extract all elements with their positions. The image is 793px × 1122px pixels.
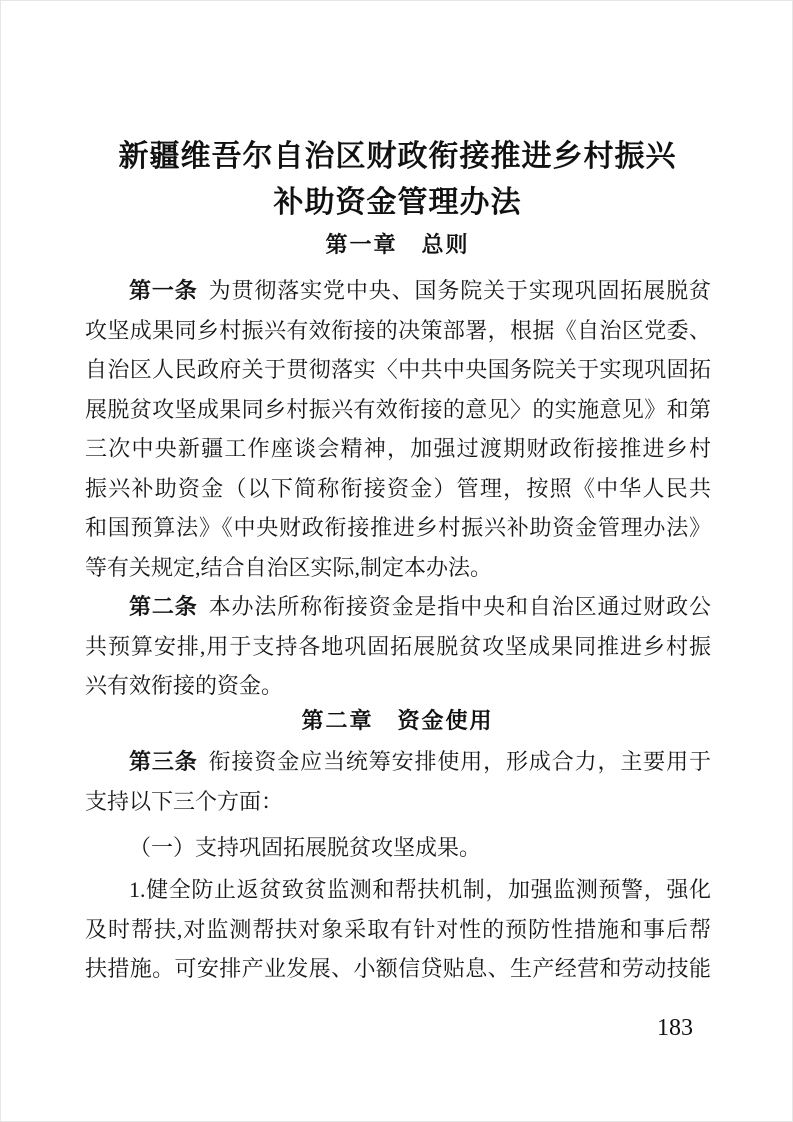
text-line: 攻坚成果同乡村振兴有效衔接的决策部署，根据《自治区党委、 bbox=[85, 311, 711, 351]
text-line: 1.健全防止返贫致贫监测和帮扶机制，加强监测预警，强化 bbox=[85, 870, 711, 910]
article-2-first-line: 第二条本办法所称衔接资金是指中央和自治区通过财政公 bbox=[85, 587, 711, 627]
text-line: 自治区人民政府关于贯彻落实〈中共中央国务院关于实现巩固拓 bbox=[85, 350, 711, 390]
article-1-first-line-text: 为贯彻落实党中央、国务院关于实现巩固拓展脱贫 bbox=[209, 278, 711, 303]
title-line-2: 补助资金管理办法 bbox=[1, 180, 793, 226]
point-1-block: 1.健全防止返贫致贫监测和帮扶机制，加强监测预警，强化 及时帮扶,对监测帮扶对象… bbox=[85, 870, 711, 989]
page-number: 183 bbox=[657, 1013, 693, 1043]
text-line: 展脱贫攻坚成果同乡村振兴有效衔接的意见〉的实施意见》和第 bbox=[85, 390, 711, 430]
article-2-lead: 第二条 bbox=[129, 594, 198, 619]
chapter-2-title: 资金使用 bbox=[398, 708, 494, 733]
article-1-first-line: 第一条为贯彻落实党中央、国务院关于实现巩固拓展脱贫 bbox=[85, 271, 711, 311]
item-1-block: （一）支持巩固拓展脱贫攻坚成果。 bbox=[85, 828, 711, 868]
article-3-first-line: 第三条衔接资金应当统筹安排使用，形成合力，主要用于 bbox=[85, 742, 711, 782]
article-3-first-line-text: 衔接资金应当统筹安排使用，形成合力，主要用于 bbox=[209, 749, 711, 774]
chapter-1-heading: 第一章总则 bbox=[1, 225, 793, 265]
text-line: 三次中央新疆工作座谈会精神，加强过渡期财政衔接推进乡村 bbox=[85, 429, 711, 469]
text-line: 共预算安排,用于支持各地巩固拓展脱贫攻坚成果同推进乡村振 bbox=[85, 627, 711, 667]
article-1-last-line: 等有关规定,结合自治区实际,制定本办法。 bbox=[85, 548, 711, 588]
chapter-1-title: 总则 bbox=[422, 232, 470, 257]
text-line: 及时帮扶,对监测帮扶对象采取有针对性的预防性措施和事后帮 bbox=[85, 910, 711, 950]
body-text-block-2: 第三条衔接资金应当统筹安排使用，形成合力，主要用于 支持以下三个方面： bbox=[85, 742, 711, 821]
chapter-2-number: 第二章 bbox=[301, 708, 373, 733]
body-text-block-1: 第一条为贯彻落实党中央、国务院关于实现巩固拓展脱贫 攻坚成果同乡村振兴有效衔接的… bbox=[85, 271, 711, 706]
text-line: 振兴补助资金（以下简称衔接资金）管理，按照《中华人民共 bbox=[85, 469, 711, 509]
chapter-2-heading: 第二章资金使用 bbox=[1, 701, 793, 741]
article-2-first-line-text: 本办法所称衔接资金是指中央和自治区通过财政公 bbox=[209, 594, 711, 619]
article-3-lead: 第三条 bbox=[129, 749, 198, 774]
text-line: 和国预算法》《中央财政衔接推进乡村振兴补助资金管理办法》 bbox=[85, 508, 711, 548]
article-1-lead: 第一条 bbox=[129, 278, 198, 303]
chapter-1-number: 第一章 bbox=[325, 232, 397, 257]
document-title: 新疆维吾尔自治区财政衔接推进乡村振兴 补助资金管理办法 bbox=[1, 134, 793, 226]
title-line-1: 新疆维吾尔自治区财政衔接推进乡村振兴 bbox=[1, 134, 793, 180]
article-2-last-line: 兴有效衔接的资金。 bbox=[85, 666, 711, 706]
item-1-line: （一）支持巩固拓展脱贫攻坚成果。 bbox=[85, 828, 711, 868]
document-page: 新疆维吾尔自治区财政衔接推进乡村振兴 补助资金管理办法 第一章总则 第一条为贯彻… bbox=[0, 0, 793, 1122]
text-line: 扶措施。可安排产业发展、小额信贷贴息、生产经营和劳动技能 bbox=[85, 949, 711, 989]
article-3-last-line: 支持以下三个方面： bbox=[85, 782, 711, 822]
